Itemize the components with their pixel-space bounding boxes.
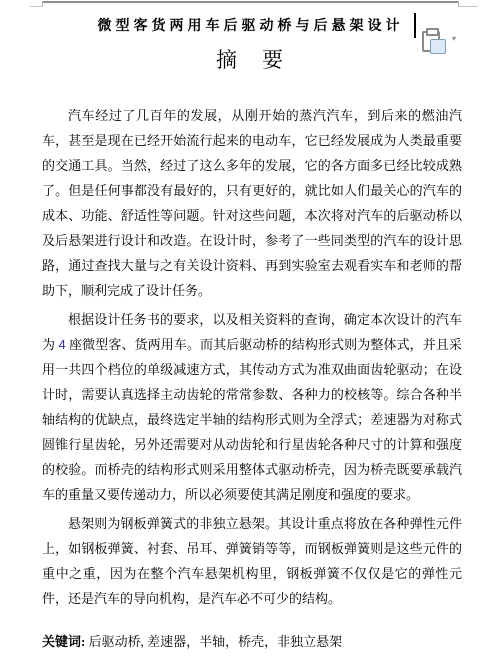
seat-count-value: 4: [58, 337, 65, 352]
abstract-heading: 摘 要: [0, 44, 501, 74]
page-boundary-left-mark: [30, 6, 43, 7]
text-cursor: [414, 13, 416, 38]
keywords-line: 关键词: 后驱动桥, 差速器，半轴，桥壳，非独立悬架: [42, 629, 462, 654]
paragraph-2-text-after: 座微型客、货两用车。而其后驱动桥的结构形式则为整体式，并且采用一共四个档位的单级…: [42, 337, 462, 502]
chevron-down-icon[interactable]: ▾: [452, 34, 456, 43]
paragraph-2: 根据设计任务书的要求，以及相关资料的查询，确定本次设计的汽车为 4 座微型客、货…: [42, 307, 462, 507]
page-top-boundary-line: [43, 1, 459, 3]
abstract-body: 汽车经过了几百年的发展，从刚开始的蒸汽汽车，到后来的燃油汽车，甚至是现在已经开始…: [42, 103, 462, 654]
page-boundary-right-mark: [458, 6, 478, 7]
document-page: 微型客货两用车后驱动桥与后悬架设计 ▾ 摘 要 汽车经过了几百年的发展，从刚开始…: [0, 0, 501, 664]
clipboard-clip-icon: [426, 28, 439, 36]
paragraph-1: 汽车经过了几百年的发展，从刚开始的蒸汽汽车，到后来的燃油汽车，甚至是现在已经开始…: [42, 103, 462, 303]
paragraph-3: 悬架则为钢板弹簧式的非独立悬架。其设计重点将放在各种弹性元件上，如钢板弹簧、衬套…: [42, 511, 462, 611]
keywords-text: 后驱动桥, 差速器，半轴，桥壳，非独立悬架: [85, 634, 342, 649]
keywords-label: 关键词:: [42, 634, 85, 649]
